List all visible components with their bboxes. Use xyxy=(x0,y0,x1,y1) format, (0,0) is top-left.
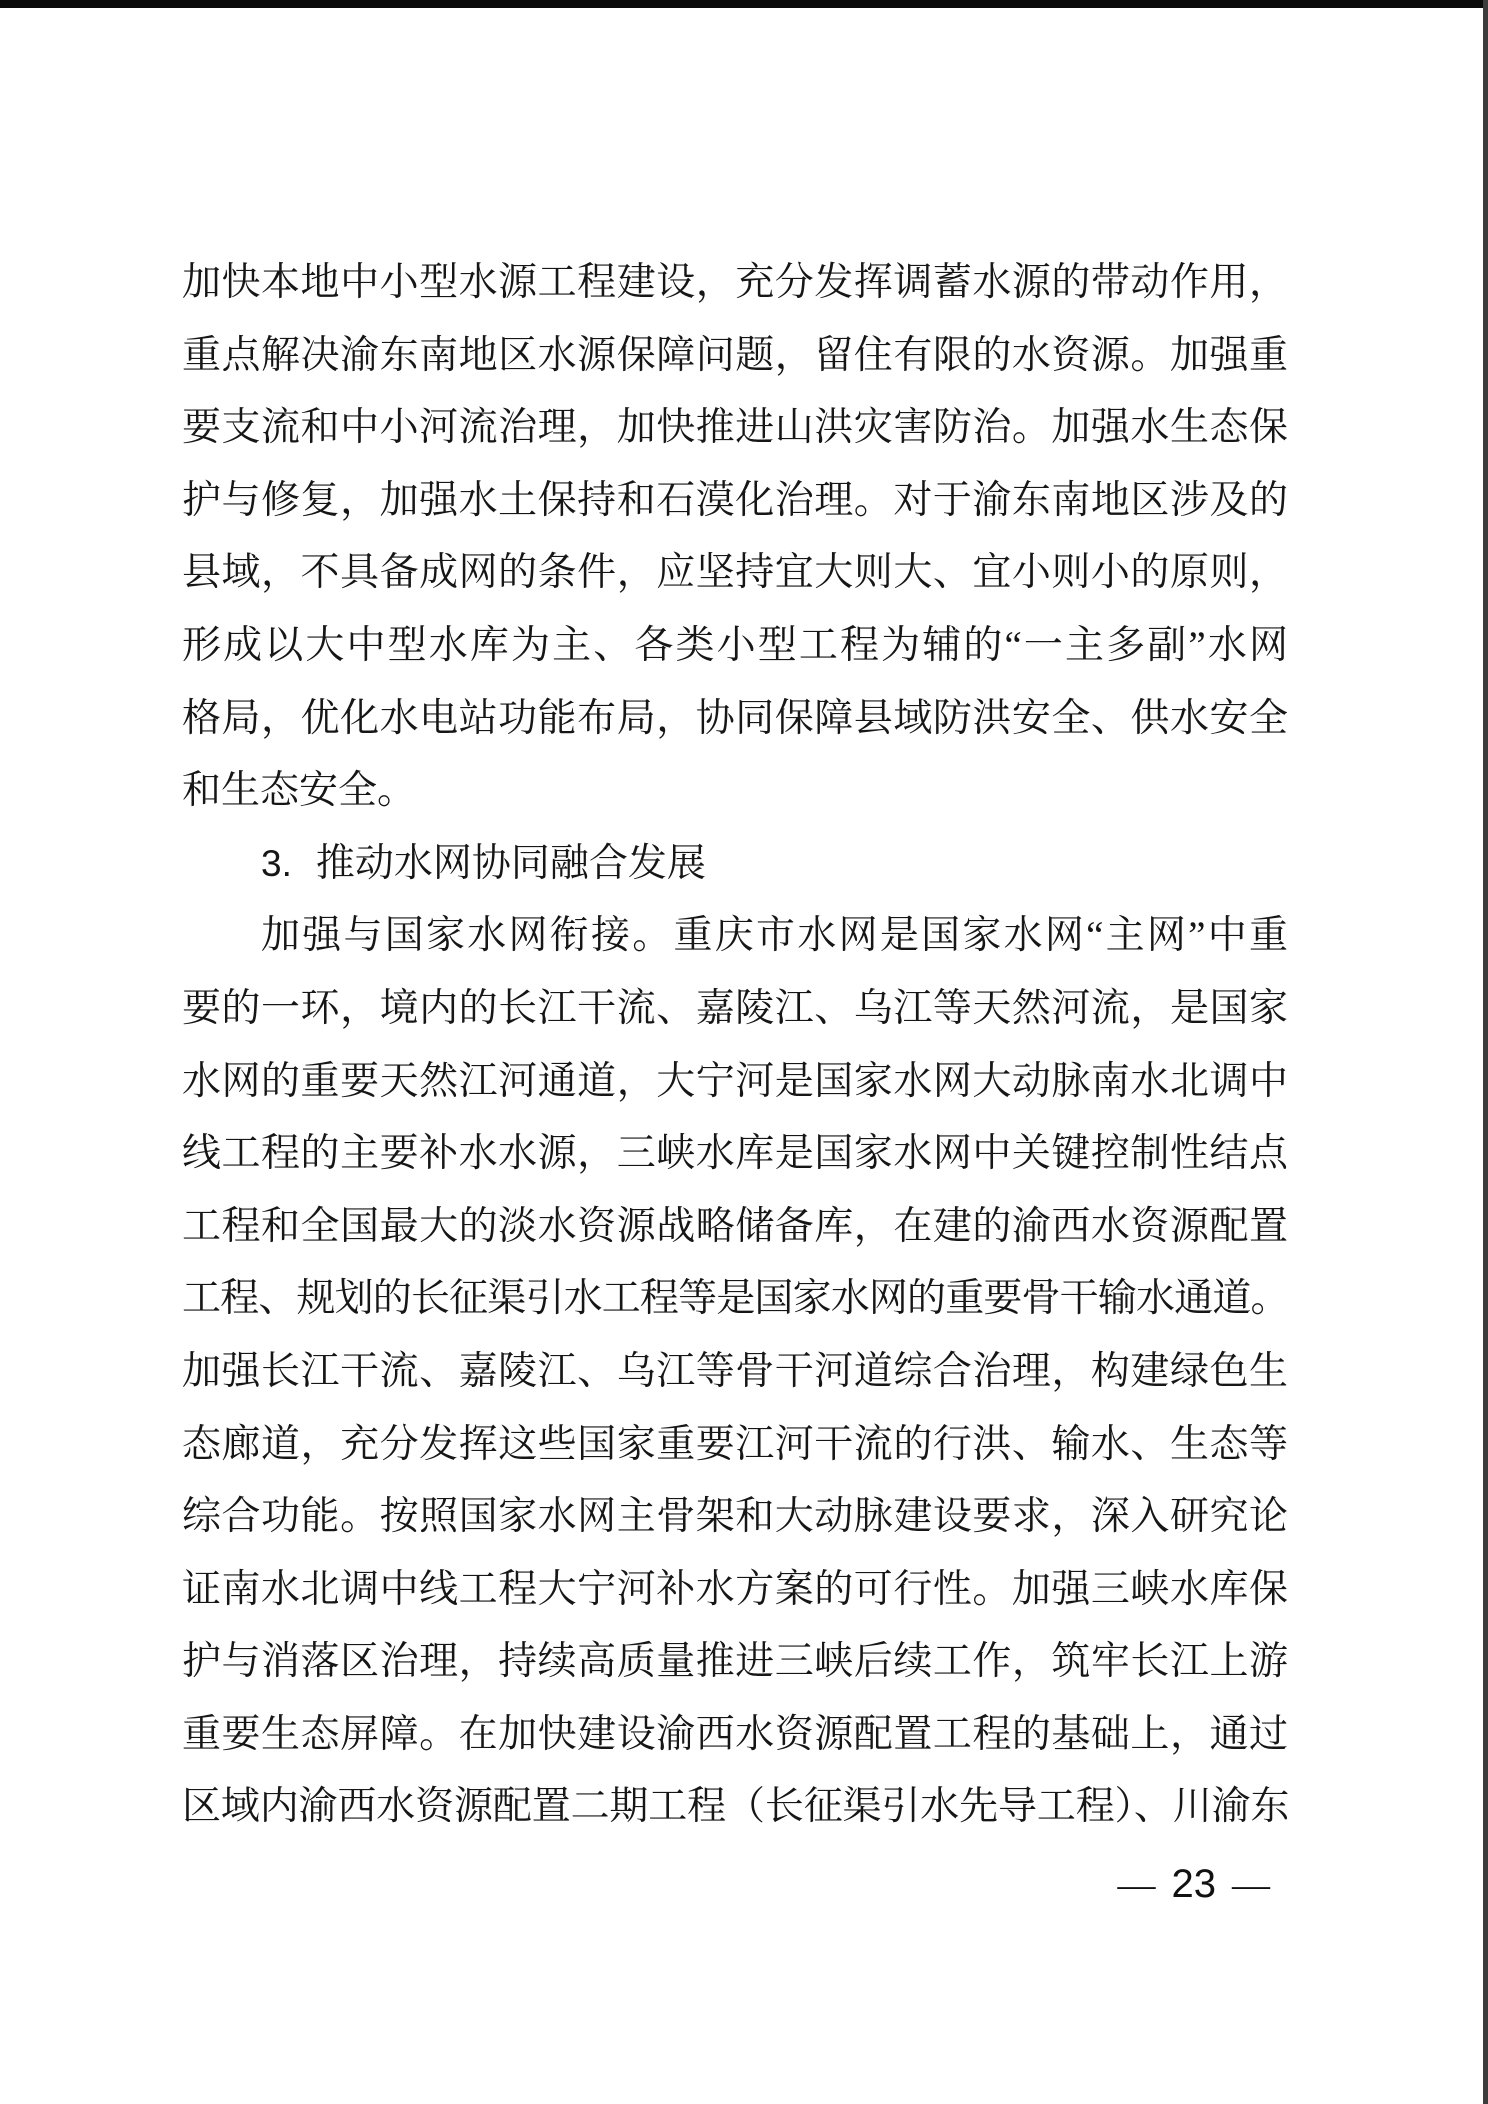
text-line: 态廊道，充分发挥这些国家重要江河干流的行洪、输水、生态等 xyxy=(182,1409,1288,1482)
page-body-text: 加快本地中小型水源工程建设，充分发挥调蓄水源的带动作用，重点解决渝东南地区水源保… xyxy=(182,247,1288,1844)
text-line: 水网的重要天然江河通道，大宁河是国家水网大动脉南水北调中 xyxy=(182,1046,1288,1119)
text-line: 和生态安全。 xyxy=(182,755,1288,828)
text-line: 综合功能。按照国家水网主骨架和大动脉建设要求，深入研究论 xyxy=(182,1481,1288,1554)
page-number: 23 xyxy=(1172,1862,1217,1906)
text-line: 区域内渝西水资源配置二期工程（长征渠引水先导工程）、川渝东 xyxy=(182,1771,1288,1844)
text-line: 形成以大中型水库为主、各类小型工程为辅的“一主多副”水网 xyxy=(182,610,1288,683)
page-footer: —23— xyxy=(182,1860,1270,1909)
text-line: 格局，优化水电站功能布局，协同保障县域防洪安全、供水安全 xyxy=(182,683,1288,756)
text-line: 要的一环，境内的长江干流、嘉陵江、乌江等天然河流，是国家 xyxy=(182,973,1288,1046)
text-line: 加快本地中小型水源工程建设，充分发挥调蓄水源的带动作用， xyxy=(182,247,1288,320)
text-line: 线工程的主要补水水源，三峡水库是国家水网中关键控制性结点 xyxy=(182,1118,1288,1191)
text-line: 要支流和中小河流治理，加快推进山洪灾害防治。加强水生态保 xyxy=(182,392,1288,465)
text-line: 工程、规划的长征渠引水工程等是国家水网的重要骨干输水通道。 xyxy=(182,1263,1288,1336)
text-line: 证南水北调中线工程大宁河补水方案的可行性。加强三峡水库保 xyxy=(182,1554,1288,1627)
text-line: 加强与国家水网衔接。重庆市水网是国家水网“主网”中重 xyxy=(182,900,1288,973)
text-line: 工程和全国最大的淡水资源战略储备库，在建的渝西水资源配置 xyxy=(182,1191,1288,1264)
section-title: 推动水网协同融合发展 xyxy=(316,842,706,885)
section-heading: 3.推动水网协同融合发展 xyxy=(182,828,1288,901)
text-line: 重要生态屏障。在加快建设渝西水资源配置工程的基础上，通过 xyxy=(182,1699,1288,1772)
footer-dash-right: — xyxy=(1232,1864,1270,1906)
text-line: 加强长江干流、嘉陵江、乌江等骨干河道综合治理，构建绿色生 xyxy=(182,1336,1288,1409)
scan-edge-right xyxy=(1483,0,1488,2104)
section-number: 3. xyxy=(261,843,292,884)
text-line: 护与消落区治理，持续高质量推进三峡后续工作，筑牢长江上游 xyxy=(182,1626,1288,1699)
text-line: 护与修复，加强水土保持和石漠化治理。对于渝东南地区涉及的 xyxy=(182,465,1288,538)
text-line: 重点解决渝东南地区水源保障问题，留住有限的水资源。加强重 xyxy=(182,320,1288,393)
document-page: 加快本地中小型水源工程建设，充分发挥调蓄水源的带动作用，重点解决渝东南地区水源保… xyxy=(0,0,1488,2104)
scan-edge-top xyxy=(0,0,1488,8)
footer-dash-left: — xyxy=(1118,1864,1156,1906)
text-line: 县域，不具备成网的条件，应坚持宜大则大、宜小则小的原则， xyxy=(182,537,1288,610)
